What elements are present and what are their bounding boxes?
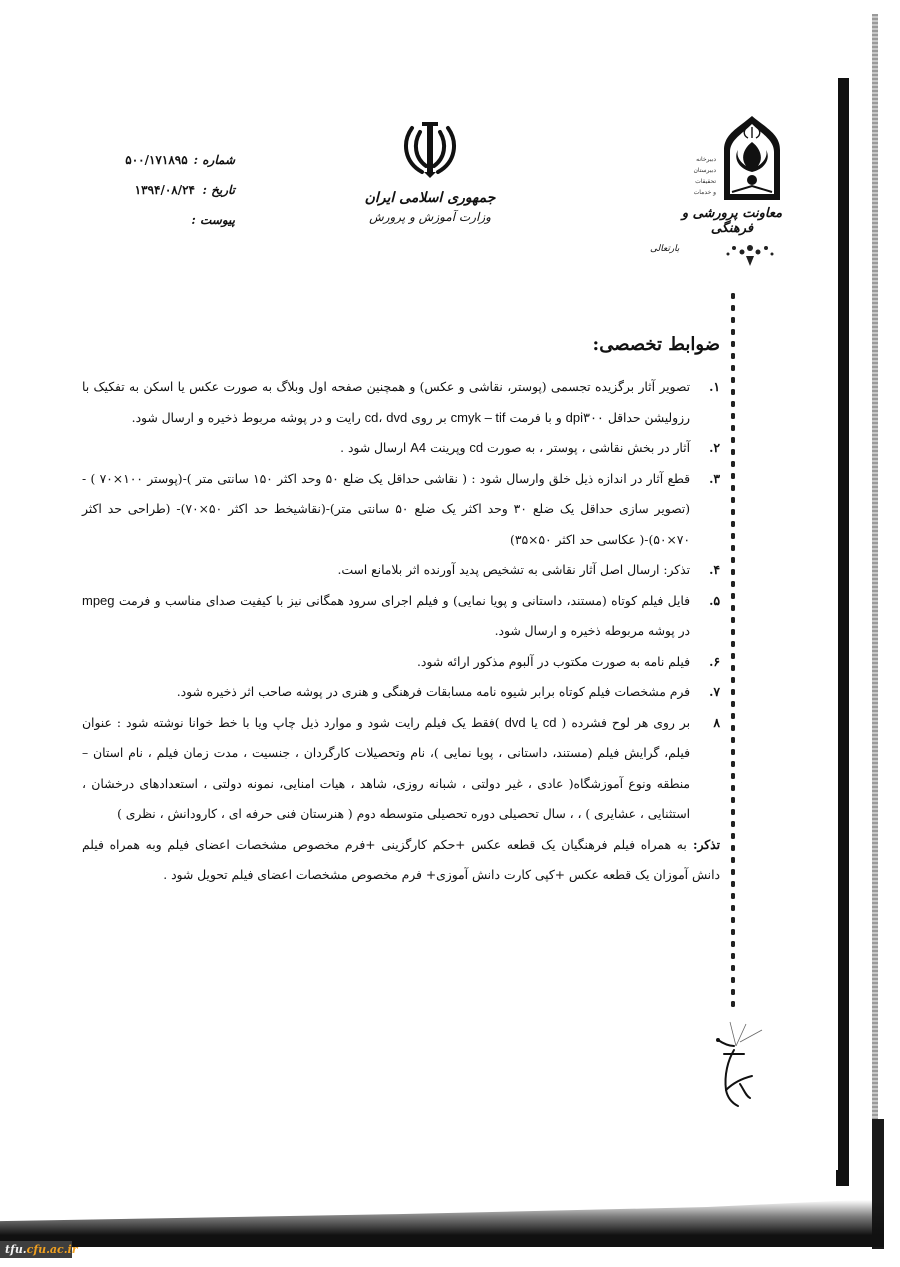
letter-attachment-label: پیوست : xyxy=(191,213,235,227)
text-run: در پوشه مربوطه ذخیره و ارسال شود. xyxy=(495,624,690,638)
item-number: ۱. xyxy=(690,372,720,433)
list-item: ۲. آثار در بخش نقاشی ، پوستر ، به صورت c… xyxy=(82,433,720,464)
letter-attachment-row: پیوست : xyxy=(95,205,235,235)
iran-emblem-icon xyxy=(398,118,462,182)
latin-run: cd xyxy=(469,440,483,455)
item-text: فایل فیلم کوتاه (مستند، داستانی و پویا ن… xyxy=(82,586,690,647)
item-text: قطع آثار در اندازه ذیل خلق وارسال شود : … xyxy=(82,464,690,556)
item-number: ۷. xyxy=(690,677,720,708)
item-text: تذکر: ارسال اصل آثار نقاشی به تشخیص پدید… xyxy=(82,555,690,586)
list-item: ۴. تذکر: ارسال اصل آثار نقاشی به تشخیص پ… xyxy=(82,555,720,586)
document-body: ۱. تصویر آثار برگزیده تجسمی (پوستر، نقاش… xyxy=(82,372,720,891)
watermark-prefix: tfu. xyxy=(5,1243,27,1256)
letter-number-value: ۵۰۰/۱۷۱۸۹۵ xyxy=(125,153,187,167)
ornament-icon xyxy=(720,240,780,270)
text-run: وپرینت xyxy=(426,441,469,455)
letter-date-label: تاریخ : xyxy=(201,183,235,197)
text-run: و با فرمت xyxy=(506,411,566,425)
list-item: ۸ بر روی هر لوح فشرده ( cd یا dvd )فقط ی… xyxy=(82,708,720,830)
text-run: آثار در بخش نقاشی ، پوستر ، به صورت xyxy=(483,441,690,455)
text-run: یا xyxy=(526,716,543,730)
text-run: فایل فیلم کوتاه (مستند، داستانی و پویا ن… xyxy=(115,594,690,608)
letter-number-label: شماره : xyxy=(194,153,235,167)
item-number: ۶. xyxy=(690,647,720,678)
item-text: بر روی هر لوح فشرده ( cd یا dvd )فقط یک … xyxy=(82,708,690,830)
item-number: ۳. xyxy=(690,464,720,556)
letter-meta: شماره : ۵۰۰/۱۷۱۸۹۵ تاریخ : ۱۳۹۴/۰۸/۲۴ پی… xyxy=(95,145,235,235)
ministry-name: وزارت آموزش و پرورش xyxy=(355,210,505,224)
item-number: ۲. xyxy=(690,433,720,464)
note-text: به همراه فیلم فرهنگیان یک قطعه عکس +حکم … xyxy=(82,838,720,883)
item-number: ۸ xyxy=(690,708,720,830)
section-title: ضوابط تخصصی: xyxy=(500,334,720,355)
item-number: ۴. xyxy=(690,555,720,586)
list-item: ۳. قطع آثار در اندازه ذیل خلق وارسال شود… xyxy=(82,464,720,556)
watermark-domain: cfu.ac.ir xyxy=(27,1243,78,1256)
item-text: فرم مشخصات فیلم کوتاه برابر شیوه نامه مس… xyxy=(82,677,690,708)
note-label: تذکر: xyxy=(687,837,720,852)
latin-run: dvd xyxy=(386,410,407,425)
text-run: )فقط یک فیلم رایت شود و موارد ذیل چاپ وی… xyxy=(82,716,690,822)
logo-side-line: دبیرستان xyxy=(676,165,716,176)
item-text: تصویر آثار برگزیده تجسمی (پوستر، نقاشی و… xyxy=(82,372,690,433)
scanned-letter-page: شماره : ۵۰۰/۱۷۱۸۹۵ تاریخ : ۱۳۹۴/۰۸/۲۴ پی… xyxy=(0,0,900,1267)
deputy-office-name: معاونت پرورشی و فرهنگی xyxy=(676,206,788,236)
item-text: آثار در بخش نقاشی ، پوستر ، به صورت cd و… xyxy=(82,433,690,464)
latin-run: cmyk – tif xyxy=(451,410,506,425)
letter-date-value: ۱۳۹۴/۰۸/۲۴ xyxy=(135,183,195,197)
item-number: ۵. xyxy=(690,586,720,647)
frame-gray-border xyxy=(872,14,878,1119)
latin-run: mpeg xyxy=(82,593,115,608)
list-item: ۶. فیلم نامه به صورت مکتوب در آلبوم مذکو… xyxy=(82,647,720,678)
text-run: بر روی xyxy=(407,411,450,425)
letter-date-row: تاریخ : ۱۳۹۴/۰۸/۲۴ xyxy=(95,175,235,205)
text-run: بر روی هر لوح فشرده ( xyxy=(557,716,690,730)
latin-run: A4 xyxy=(410,440,426,455)
frame-black-border-foot xyxy=(836,1170,848,1186)
text-run: ارسال شود . xyxy=(340,441,410,455)
frame-bottom-shadow xyxy=(0,1200,884,1247)
latin-run: dvd xyxy=(505,715,526,730)
latin-run: dpi۳۰۰ xyxy=(566,410,604,425)
list-item: ۱. تصویر آثار برگزیده تجسمی (پوستر، نقاش… xyxy=(82,372,720,433)
text-run: رایت و در پوشه مربوط ذخیره و ارسال شود. xyxy=(132,411,365,425)
country-name: جمهوری اسلامی ایران xyxy=(355,190,505,206)
logo-side-line: تحقیقات xyxy=(676,176,716,187)
invocation-note: بارتعالی xyxy=(650,244,679,254)
right-letterhead: دبیرخانه دبیرستان تحقیقات و خدمات معاونت… xyxy=(676,114,788,274)
logo-side-lines: دبیرخانه دبیرستان تحقیقات و خدمات xyxy=(676,154,716,198)
site-watermark: tfu.cfu.ac.ir xyxy=(0,1241,72,1258)
logo-side-line: و خدمات xyxy=(676,187,716,198)
item-text: فیلم نامه به صورت مکتوب در آلبوم مذکور ا… xyxy=(82,647,690,678)
latin-run: cd xyxy=(365,410,379,425)
latin-run: cd xyxy=(543,715,557,730)
frame-black-border xyxy=(838,78,849,1186)
letter-number-row: شماره : ۵۰۰/۱۷۱۸۹۵ xyxy=(95,145,235,175)
signature-icon xyxy=(710,1020,770,1115)
final-note: تذکر: به همراه فیلم فرهنگیان یک قطعه عکس… xyxy=(82,830,720,891)
dotted-divider xyxy=(731,290,735,1010)
logo-side-line: دبیرخانه xyxy=(676,154,716,165)
list-item: ۷. فرم مشخصات فیلم کوتاه برابر شیوه نامه… xyxy=(82,677,720,708)
education-ministry-logo-icon xyxy=(720,114,784,200)
list-item: ۵. فایل فیلم کوتاه (مستند، داستانی و پوی… xyxy=(82,586,720,647)
center-letterhead: جمهوری اسلامی ایران وزارت آموزش و پرورش xyxy=(355,118,505,224)
